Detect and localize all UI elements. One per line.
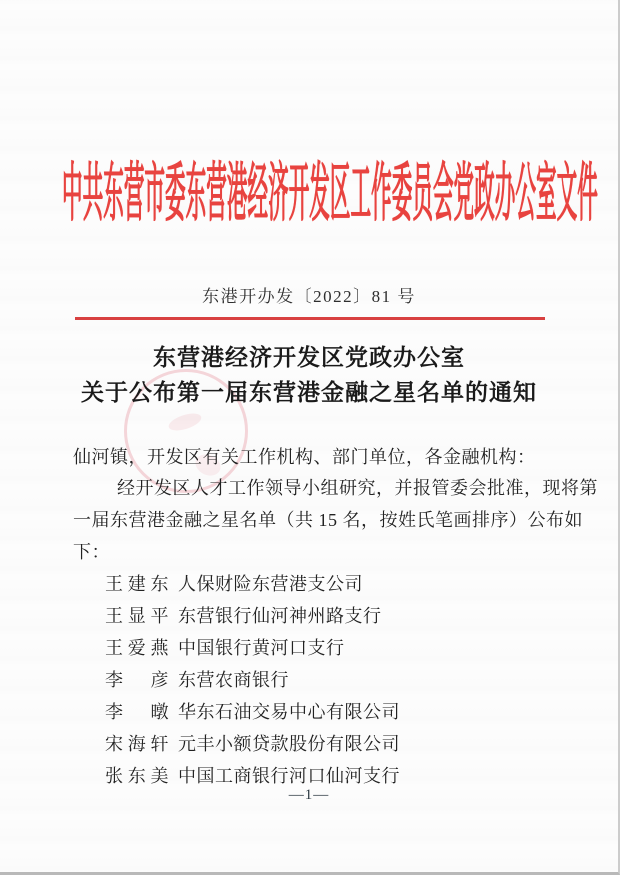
roster-row: 宋海轩元丰小额贷款股份有限公司 xyxy=(105,730,400,756)
roster-row: 王爱燕中国银行黄河口支行 xyxy=(105,634,345,660)
roster-person-name: 王建东 xyxy=(105,570,169,596)
roster-organization: 元丰小额贷款股份有限公司 xyxy=(178,734,400,754)
body-paragraph-line-3: 下： xyxy=(73,538,110,564)
roster-organization: 东营农商银行 xyxy=(178,670,289,690)
roster-organization: 华东石油交易中心有限公司 xyxy=(178,702,400,722)
document-title-line-1: 东营港经济开发区党政办公室 xyxy=(0,340,618,375)
roster-person-name: 张东美 xyxy=(105,762,169,788)
scanned-official-document-page: 中共东营市委东营港经济开发区工作委员会党政办公室文件 东港开办发〔2022〕81… xyxy=(0,0,620,875)
document-title-line-2: 关于公布第一届东营港金融之星名单的通知 xyxy=(0,375,618,410)
roster-person-name: 李 彦 xyxy=(105,666,169,692)
roster-organization: 人保财险东营港支公司 xyxy=(178,574,363,594)
roster-organization: 中国银行黄河口支行 xyxy=(178,638,345,658)
roster-organization: 东营银行仙河神州路支行 xyxy=(178,606,382,626)
salutation-line: 仙河镇，开发区有关工作机构、部门单位，各金融机构： xyxy=(73,443,536,469)
body-paragraph-line-1: 经开发区人才工作领导小组研究，并报管委会批准，现将第 xyxy=(117,474,598,500)
page-number: —1— xyxy=(0,787,618,804)
roster-person-name: 李 暾 xyxy=(105,698,169,724)
document-title: 东营港经济开发区党政办公室 关于公布第一届东营港金融之星名单的通知 xyxy=(0,340,618,410)
roster-row: 李 彦东营农商银行 xyxy=(105,666,289,692)
document-masthead: 中共东营市委东营港经济开发区工作委员会党政办公室文件 xyxy=(62,158,598,230)
roster-row: 王显平东营银行仙河神州路支行 xyxy=(105,602,382,628)
roster-person-name: 宋海轩 xyxy=(105,730,169,756)
roster-row: 李 暾华东石油交易中心有限公司 xyxy=(105,698,400,724)
roster-organization: 中国工商银行河口仙河支行 xyxy=(178,766,400,786)
roster-row: 王建东人保财险东营港支公司 xyxy=(105,570,363,596)
body-paragraph-line-2: 一届东营港金融之星名单（共 15 名，按姓氏笔画排序）公布如 xyxy=(73,506,583,532)
roster-person-name: 王显平 xyxy=(105,602,169,628)
seal-smudge xyxy=(167,410,204,434)
roster-person-name: 王爱燕 xyxy=(105,634,169,660)
red-divider-rule xyxy=(75,317,545,320)
roster-row: 张东美中国工商银行河口仙河支行 xyxy=(105,762,400,788)
document-reference-number: 东港开办发〔2022〕81 号 xyxy=(0,282,618,307)
